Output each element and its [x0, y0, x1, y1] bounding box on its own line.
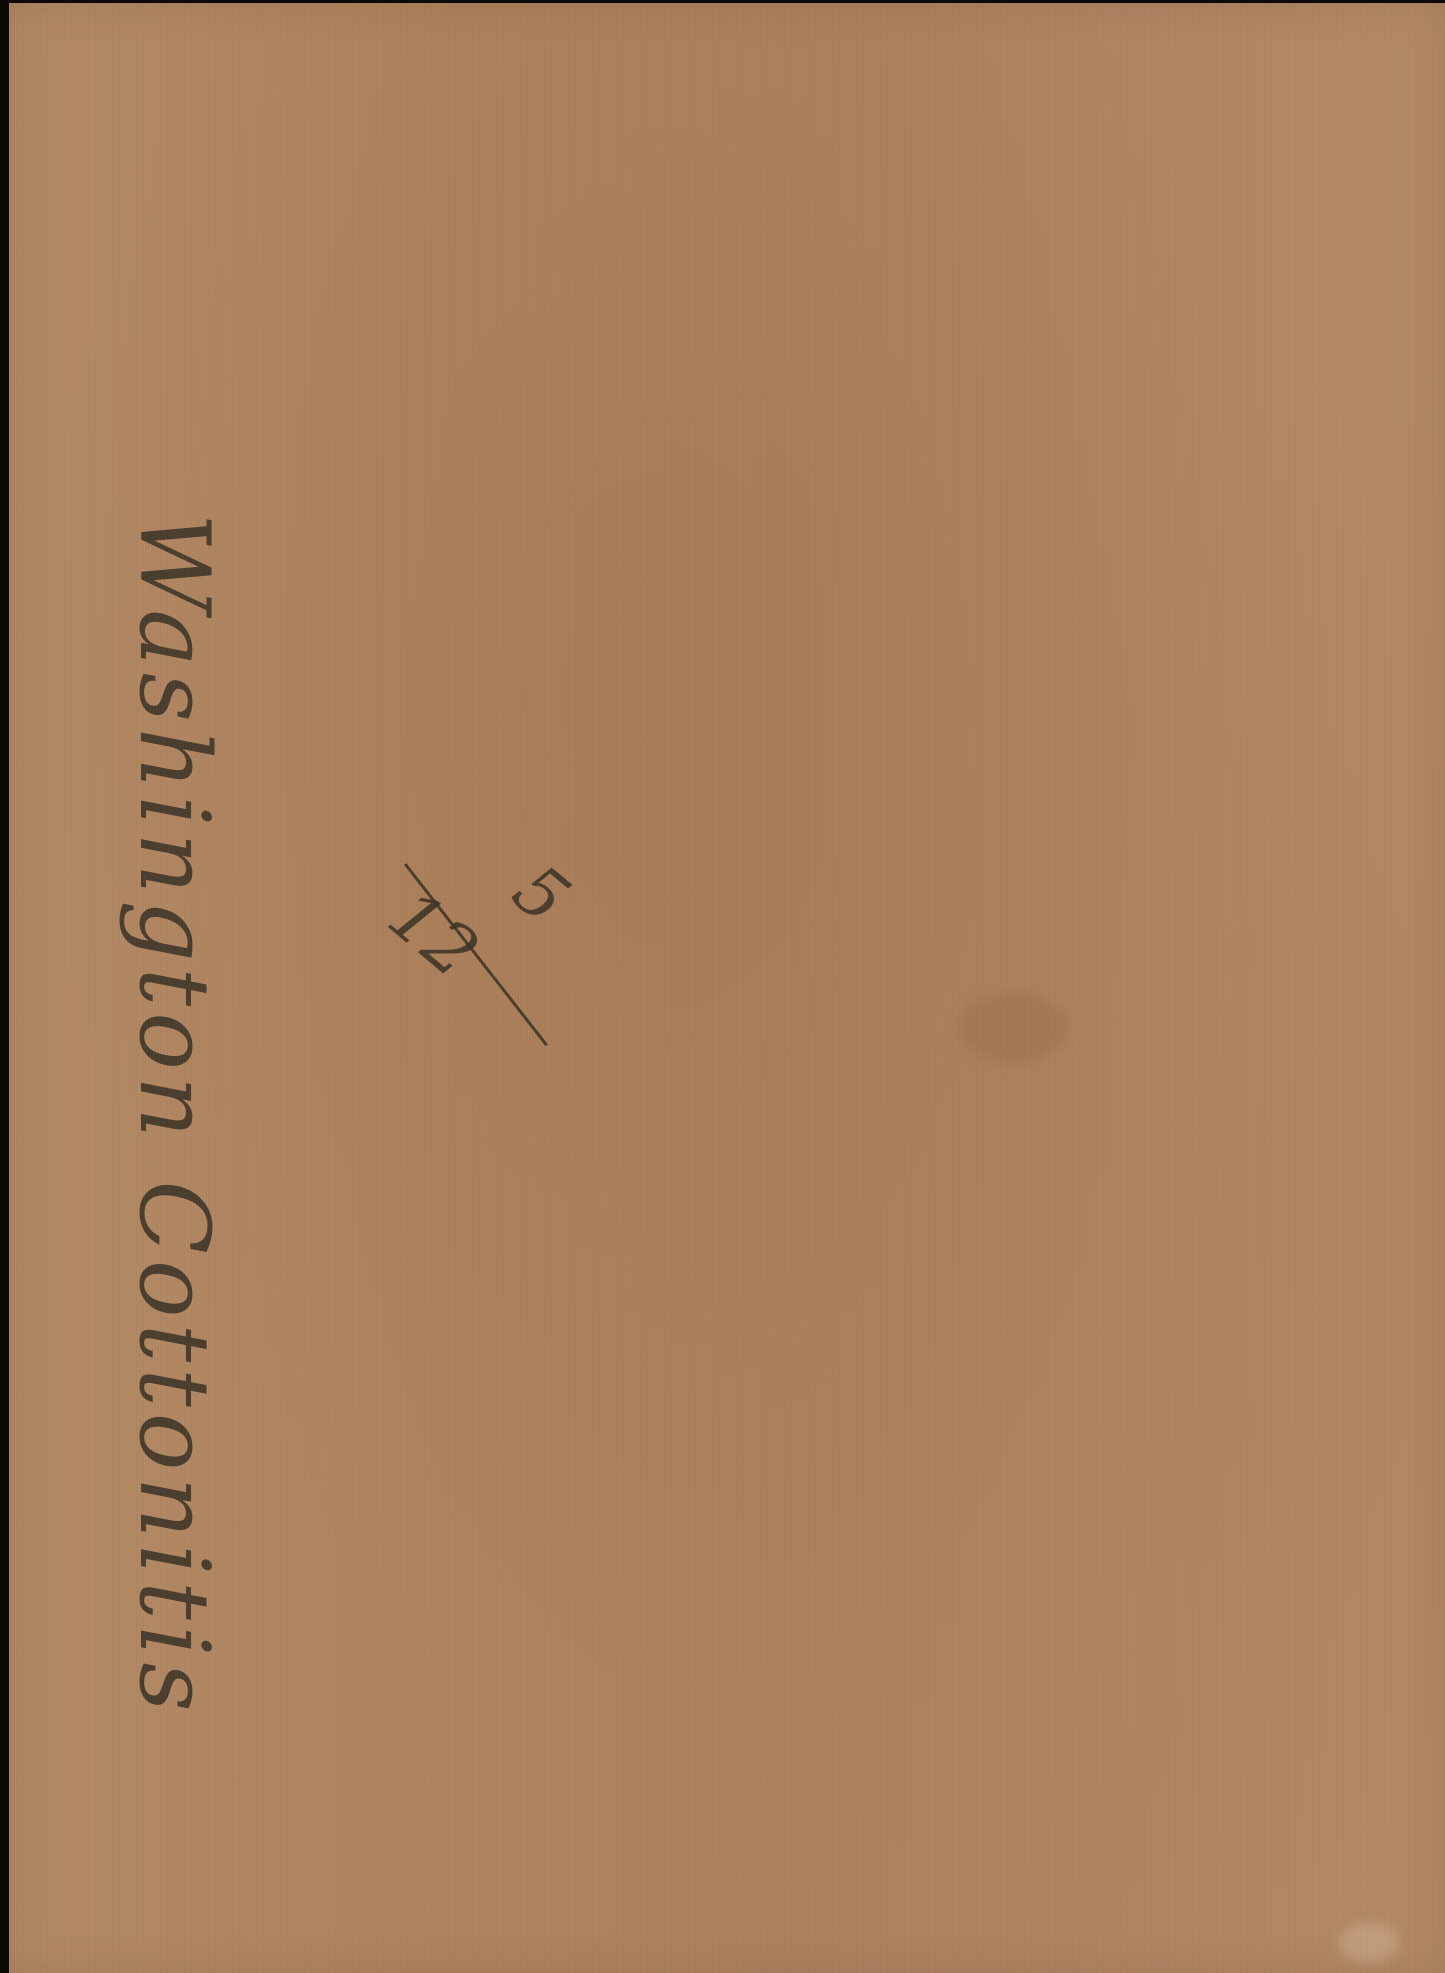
scanned-page: Washington Cottonitis 5 12 [0, 0, 1445, 1973]
folder-cover-paper: Washington Cottonitis 5 12 [9, 3, 1445, 1973]
fraction-denominator: 12 [373, 874, 494, 994]
fraction-numerator: 5 [498, 848, 585, 939]
handwritten-label: Washington Cottonitis [129, 513, 219, 1693]
handwritten-fraction: 5 12 [379, 853, 619, 1053]
paper-stain [959, 993, 1069, 1063]
paper-wear-mark [1339, 1923, 1399, 1963]
